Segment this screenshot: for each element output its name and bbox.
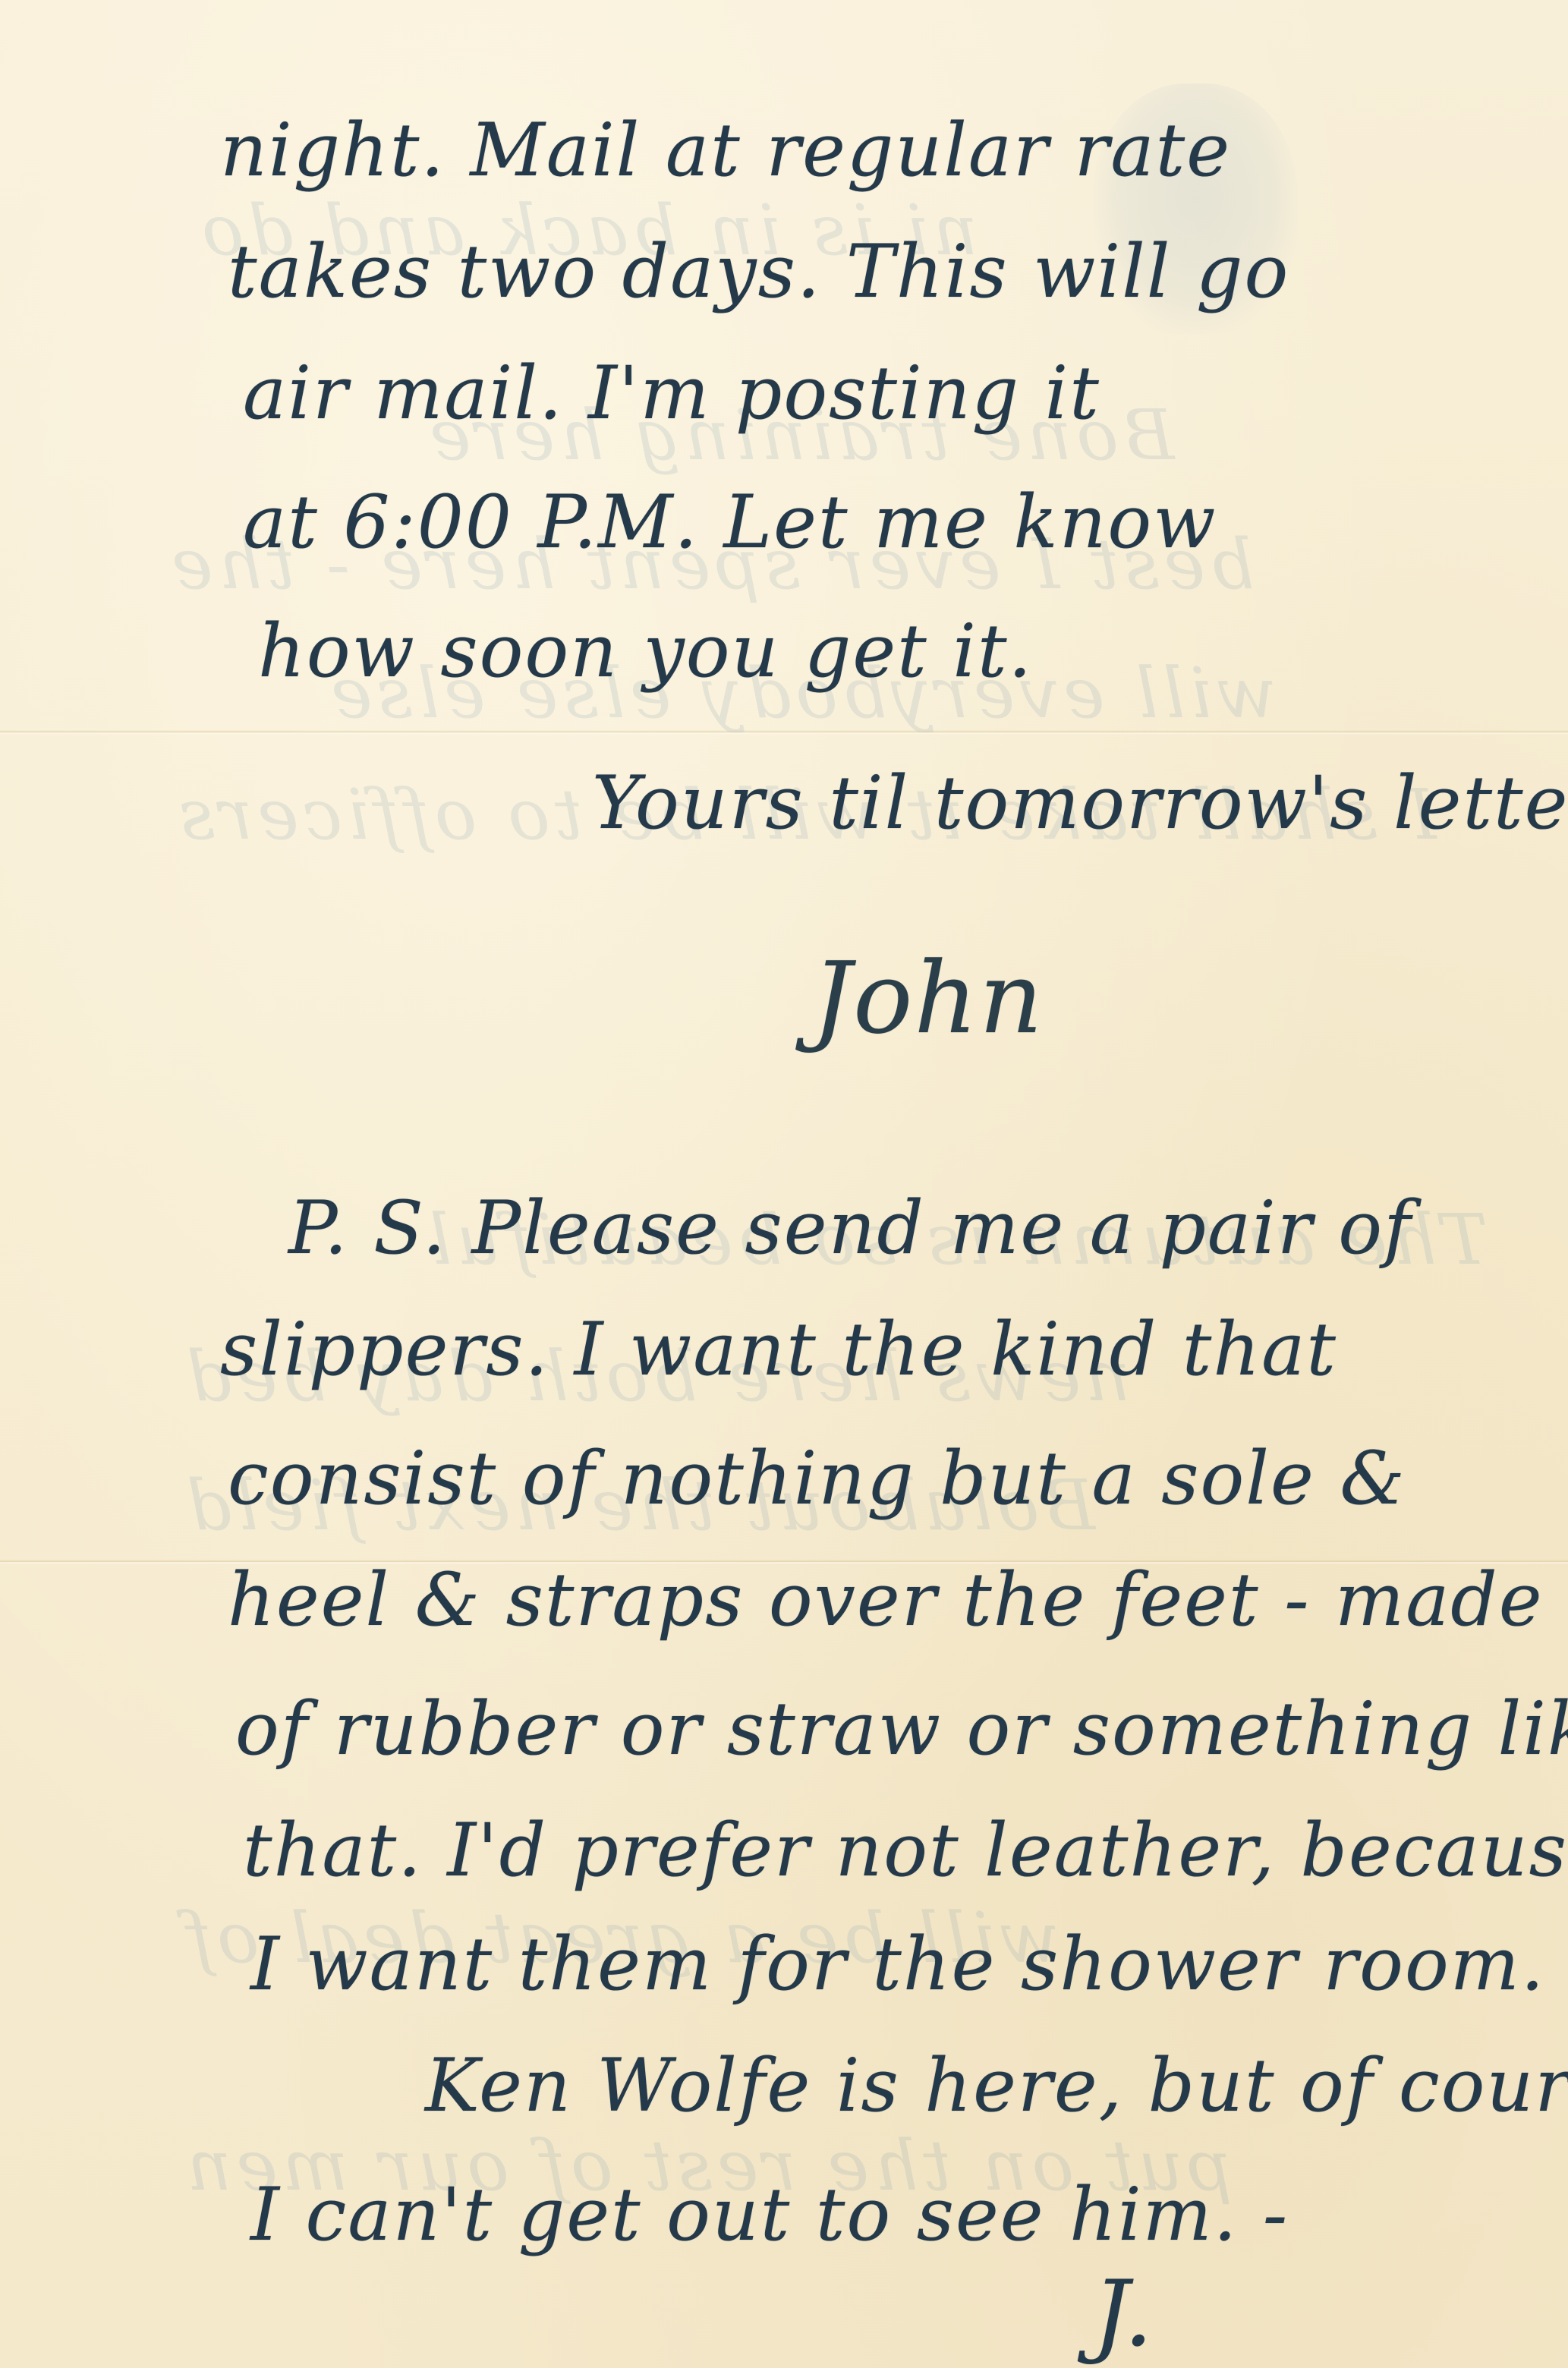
postscript-line: that. I'd prefer not leather, because — [243, 1814, 1568, 1887]
signature: John — [812, 949, 1044, 1047]
fold-crease — [0, 730, 1568, 735]
body-line: takes two days. This will go — [228, 235, 1289, 308]
closing-line: Yours til tomorrow's letter, — [592, 767, 1568, 839]
postscript-line: I can't get out to see him. - — [250, 2178, 1289, 2251]
postscript-line: P. S. Please send me a pair of — [288, 1192, 1412, 1264]
body-line: at 6:00 P.M. Let me know — [243, 486, 1217, 559]
body-line: night. Mail at regular rate — [220, 114, 1231, 187]
postscript-line: Ken Wolfe is here, but of course — [425, 2049, 1568, 2122]
postscript-line: I want them for the shower room. — [250, 1928, 1545, 2001]
body-line: air mail. I'm posting it — [243, 357, 1100, 430]
postscript-line: heel & straps over the feet - made — [228, 1563, 1544, 1636]
postscript-initial: J. — [1093, 2269, 1154, 2360]
letter-page: ni is in back and do Bone training here … — [0, 0, 1568, 2368]
body-line: how soon you get it. — [258, 615, 1033, 688]
postscript-line: consist of nothing but a sole & — [228, 1442, 1406, 1515]
postscript-line: of rubber or straw or something like — [235, 1693, 1568, 1765]
postscript-line: slippers. I want the kind that — [220, 1313, 1337, 1386]
